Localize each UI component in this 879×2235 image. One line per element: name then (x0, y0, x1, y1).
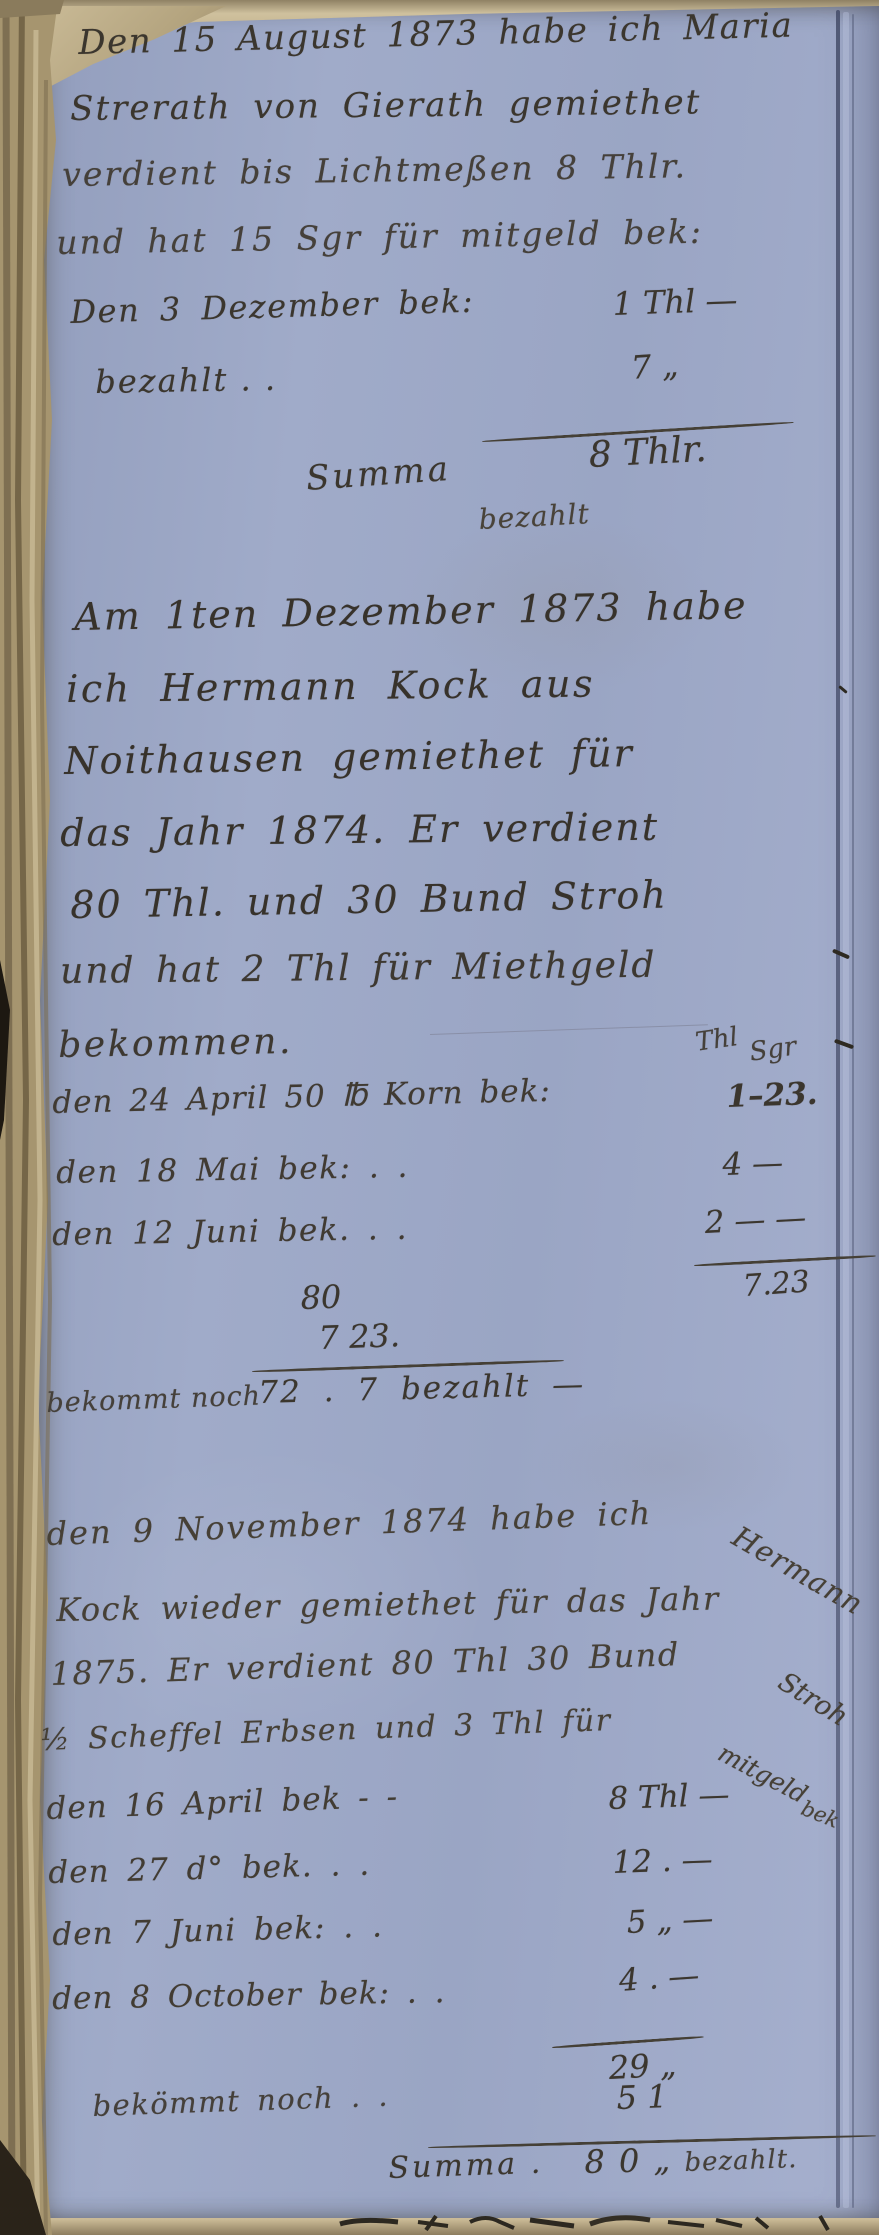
ledger-page-scan: Den 15 August 1873 habe ich Maria Strera… (0, 0, 879, 2235)
entry3-summa-note: bezahlt. (684, 2146, 798, 2176)
under-page-scribbles (0, 2210, 879, 2235)
entry1-line-3: verdient bis Lichtmeßen 8 Thlr. (62, 149, 687, 191)
entry3-payment2-amount: 12 . — (612, 1845, 713, 1879)
entry1-payment2-amount: 7 „ (630, 349, 679, 384)
entry2-payment2-label: den 18 Mai bek: . . (56, 1152, 409, 1189)
entry3-payment1-amount: 8 Thl — (608, 1780, 730, 1815)
entry3-payment2-label: den 27 d° bek. . . (48, 1850, 370, 1889)
entry2-line-2: ich Hermann Kock aus (66, 664, 595, 708)
entry1-summa-amount: 8 Thlr. (588, 432, 707, 474)
entry3-remain-value: 5 1 (616, 2080, 668, 2114)
fold-crease-outer (836, 10, 840, 2208)
entry1-line-4: und hat 15 Sgr für mitgeld bek: (56, 215, 703, 259)
fold-highlight (843, 12, 849, 2208)
entry2-result-value: 72 . 7 bezahlt — (258, 1369, 585, 1409)
entry2-line-4: das Jahr 1874. Er verdient (60, 808, 659, 852)
entry2-calc-723: 7 23. (318, 1319, 400, 1354)
entry3-payment3-label: den 7 Juni bek: . . (52, 1911, 383, 1951)
entry2-column-sgr: Sgr (748, 1033, 798, 1065)
entry2-result-label: bekommt noch (46, 1383, 261, 1417)
entry2-line-3: Noithausen gemiethet für (64, 734, 634, 780)
entry3-summa-amount: 8 0 „ (584, 2144, 672, 2178)
entry1-payment2-label: bezahlt . . (95, 363, 277, 398)
entry3-payment3-amount: 5 „ — (626, 1903, 714, 1938)
entry2-subtotal: 7.23 (742, 1267, 811, 1302)
entry2-payment2-amount: 4 — (722, 1148, 784, 1181)
entry3-payment4-amount: 4 . — (618, 1960, 700, 1997)
entry2-payment3-amount: 2 — — (704, 1203, 807, 1239)
entry2-column-thl: Thl (694, 1024, 740, 1056)
entry2-line-7: bekommen. (58, 1024, 293, 1064)
entry3-payment4-label: den 8 October bek: . . (52, 1977, 446, 2015)
entry3-summa-label: Summa . (388, 2149, 544, 2184)
entry2-calc-80: 80 (300, 1281, 342, 1314)
fold-crease-inner (852, 14, 854, 2208)
entry2-line-6: und hat 2 Thl für Miethgeld (60, 948, 657, 990)
entry1-payment1-amount: 1 Thl — (612, 284, 738, 320)
entry1-summa-note: bezahlt (478, 500, 591, 534)
entry1-summa-label: Summa (305, 452, 452, 496)
entry1-line-2: Strerath von Gierath gemiethet (70, 85, 701, 126)
entry2-line-1: Am 1ten Dezember 1873 habe (74, 586, 748, 636)
entry2-payment3-label: den 12 Juni bek. . . (52, 1214, 408, 1251)
entry2-line-5: 80 Thl. und 30 Bund Stroh (70, 876, 668, 924)
entry2-payment1-amount: 1–23. (726, 1079, 818, 1113)
